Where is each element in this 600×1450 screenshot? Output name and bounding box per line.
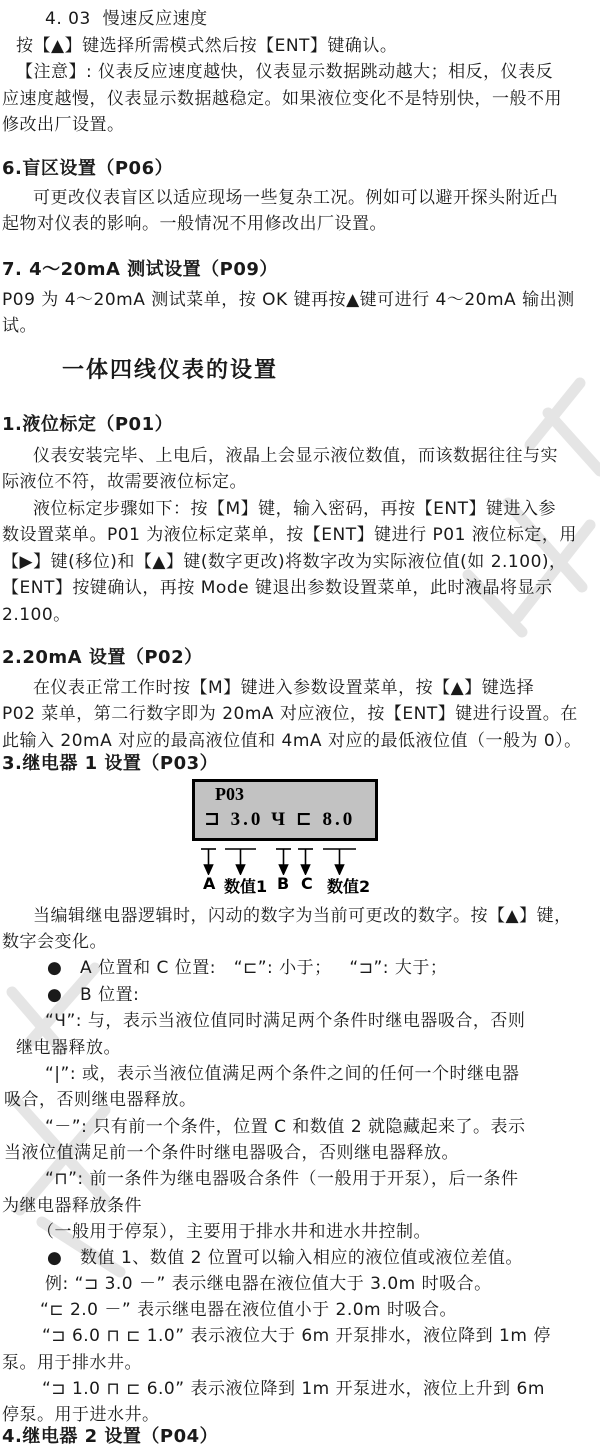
text-line: 【▶】键(移位)和【▲】键(数字更改)将数字改为实际液位值(如 2.100)， (2, 551, 567, 573)
text-line: 【ENT】按键确认，再按 Mode 键退出参数设置菜单，此时液晶将显示 (2, 577, 552, 599)
text-line: 可更改仪表盲区以适应现场一些复杂工况。例如可以避开探头附近凸 (33, 187, 558, 209)
text-line: 仪表安装完毕、上电后，液晶上会显示液位数值，而该数据往往与实 (33, 445, 558, 467)
lcd-relay-logic-value: ⊐ 3.0 Ч ⊏ 8.0 (204, 808, 355, 831)
diagram-label-value1: 数值1 (224, 874, 267, 897)
text-line: 际液位不符，故需要液位标定。 (2, 471, 247, 493)
text-line: 修改出厂设置。 (2, 114, 125, 136)
section-heading-p06: 6.盲区设置（P06） (2, 158, 173, 180)
subitem-403-title: 4. 03 慢速反应速度 (45, 8, 208, 30)
bullet-item: ● B 位置: (47, 984, 139, 1006)
text-line: 停泵。用于进水井。 (2, 1404, 160, 1426)
text-line: “⊏ 2.0 －” 表示继电器在液位值小于 2.0m 时吸合。 (40, 1299, 457, 1321)
text-line: “⊓”: 前一条件为继电器吸合条件（一般用于开泵），后一条件 (45, 1168, 519, 1190)
diagram-label-value2: 数值2 (327, 874, 370, 897)
text-line: 例: “⊐ 3.0 －” 表示继电器在液位值大于 3.0m 时吸合。 (45, 1273, 492, 1295)
text-line: “⊐ 6.0 ⊓ ⊏ 1.0” 表示液位大于 6m 开泵排水，液位降到 1m 停 (42, 1325, 551, 1347)
bullet-item: ● 数值 1、数值 2 位置可以输入相应的液位值或液位差值。 (47, 1247, 523, 1269)
text-line: 起物对仪表的影响。一般情况不用修改出厂设置。 (2, 213, 387, 235)
text-line: 数字会变化。 (2, 931, 107, 953)
diagram-label-c: C (301, 874, 313, 893)
text-line: 按【▲】键选择所需模式然后按【ENT】键确认。 (16, 35, 397, 57)
text-line: 泵。用于排水井。 (2, 1352, 142, 1374)
text-line: “⊐ 1.0 ⊓ ⊏ 6.0” 表示液位降到 1m 开泵进水，液位上升到 6m (42, 1378, 545, 1400)
text-line: “－”: 只有前一个条件，位置 C 和数值 2 就隐藏起来了。表示 (45, 1116, 526, 1138)
text-line: 此输入 20mA 对应的最高液位值和 4mA 对应的最低液位值（一般为 0）。 (2, 730, 582, 752)
text-line: 2.100。 (2, 604, 71, 626)
text-line: P09 为 4～20mA 测试菜单，按 OK 键再按▲键可进行 4～20mA 输… (2, 289, 575, 311)
diagram-label-b: B (277, 874, 289, 893)
text-line: 吸合，否则继电器释放。 (4, 1089, 197, 1111)
chapter-heading: 一体四线仪表的设置 (62, 360, 278, 382)
section-heading-p02: 2.20mA 设置（P02） (2, 647, 203, 669)
text-line: （一般用于停泵），主要用于排水井和进水井控制。 (37, 1221, 431, 1243)
text-line: 液位标定步骤如下：按【M】键，输入密码，再按【ENT】键进入参 (33, 498, 556, 520)
text-line: 【注意】: 仪表反应速度越快，仪表显示数据跳动越大；相反，仪表反 (16, 61, 553, 83)
text-line: 为继电器释放条件 (2, 1195, 142, 1217)
text-line: 在仪表正常工作时按【M】键进入参数设置菜单，按【▲】键选择 (33, 677, 534, 699)
text-line: 当液位值满足前一个条件时继电器吸合，否则继电器释放。 (4, 1142, 459, 1164)
text-line: “|”: 或，表示当液位值满足两个条件之间的任何一个时继电器 (45, 1063, 519, 1085)
lcd-menu-number: P03 (215, 784, 244, 805)
diagram-label-a: A (203, 874, 215, 893)
text-line: 应速度越慢，仪表显示数据越稳定。如果液位变化不是特别快，一般不用 (2, 88, 562, 110)
text-line: 数设置菜单。P01 为液位标定菜单，按【ENT】键进行 P01 液位标定，用 (2, 524, 577, 546)
section-heading-p01: 1.液位标定（P01） (2, 414, 173, 436)
section-heading-p03: 3.继电器 1 设置（P03） (2, 753, 218, 775)
text-line: “Ч”: 与，表示当液位值同时满足两个条件时继电器吸合，否则 (45, 1010, 525, 1032)
down-arrows (195, 847, 365, 875)
lcd-display: P03 ⊐ 3.0 Ч ⊏ 8.0 (192, 779, 378, 841)
bullet-item: ● A 位置和 C 位置: “⊏”: 小于； “⊐”: 大于； (47, 957, 447, 979)
text-line: 试。 (2, 315, 37, 337)
section-heading-p09: 7. 4～20mA 测试设置（P09） (2, 259, 278, 281)
text-line: P02 菜单，第二行数字即为 20mA 对应液位，按【ENT】键进行设置。在 (2, 703, 578, 725)
section-heading-p04: 4.继电器 2 设置（P04） (2, 1426, 218, 1448)
text-line: 继电器释放。 (16, 1037, 121, 1059)
manual-page: 4. 03 慢速反应速度 按【▲】键选择所需模式然后按【ENT】键确认。 【注意… (0, 0, 600, 1450)
text-line: 当编辑继电器逻辑时，闪动的数字为当前可更改的数字。按【▲】键， (33, 905, 572, 927)
